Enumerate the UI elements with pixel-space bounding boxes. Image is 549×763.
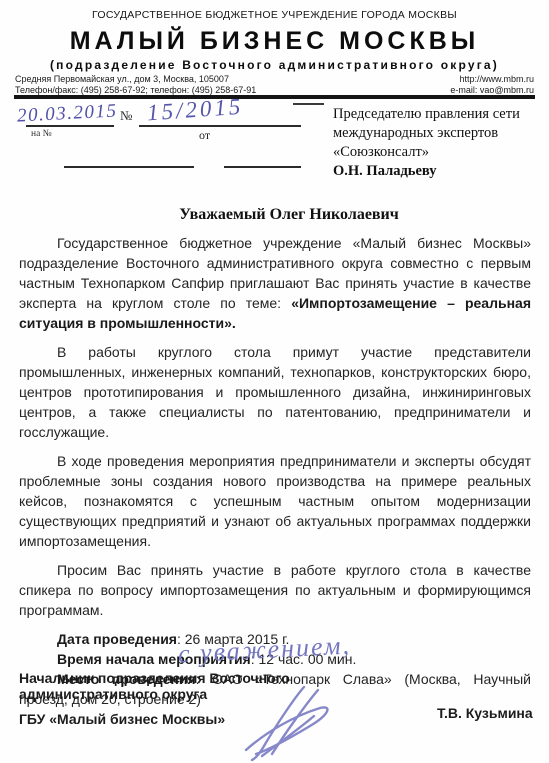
addressee-name: О.Н. Паладьеву [333, 162, 543, 181]
paragraph-participants: В работы круглого стола примут участие п… [19, 342, 531, 442]
signature-scribble [238, 684, 342, 762]
paragraph-request: Просим Вас принять участие в работе круг… [19, 560, 531, 620]
signer-name: Т.В. Кузьмина [437, 705, 533, 721]
detail-date-label: Дата проведения [57, 631, 177, 647]
addressee-line-2: международных экспертов [333, 124, 543, 143]
letterhead-web-contacts: http://www.mbm.ru e-mail: vao@mbm.ru [450, 74, 534, 96]
letterhead-org-name: МАЛЫЙ БИЗНЕС МОСКВЫ [0, 27, 549, 56]
letterhead-address: Средняя Первомайская ул., дом 3, Москва,… [15, 74, 256, 96]
handwritten-outgoing-number: 15/2015 [146, 94, 244, 127]
addressee-line-1: Председателю правления сети [333, 105, 543, 124]
salutation: Уважаемый Олег Николаевич [19, 206, 531, 224]
letterhead-divider-rule [14, 95, 535, 99]
letter-document: ГОСУДАРСТВЕННОЕ БЮДЖЕТНОЕ УЧРЕЖДЕНИЕ ГОР… [0, 0, 549, 763]
addressee-block: Председателю правления сети международны… [333, 105, 543, 181]
address-line-1: Средняя Первомайская ул., дом 3, Москва,… [15, 74, 256, 85]
stray-mark-line [293, 103, 324, 105]
letterhead-contacts: Средняя Первомайская ул., дом 3, Москва,… [15, 74, 534, 96]
handwritten-date: 20.03.2015 [16, 100, 118, 127]
na-no-label: на № [31, 129, 52, 139]
paragraph-invitation: Государственное бюджетное учреждение «Ма… [19, 233, 531, 333]
letterhead-org-type: ГОСУДАРСТВЕННОЕ БЮДЖЕТНОЕ УЧРЕЖДЕНИЕ ГОР… [0, 9, 549, 21]
paragraph-agenda: В ходе проведения мероприятия предприним… [19, 451, 531, 551]
letterhead-org-subtitle: (подразделение Восточного административн… [0, 58, 549, 72]
number-underline [139, 125, 301, 127]
ot-label: от [199, 128, 210, 143]
website-text: http://www.mbm.ru [450, 74, 534, 85]
blank-reference-underline-left [64, 166, 194, 168]
date-underline [26, 125, 114, 127]
addressee-line-3: «Союзконсалт» [333, 143, 543, 162]
number-sign-label: № [120, 108, 132, 124]
blank-reference-underline-right [224, 166, 301, 168]
